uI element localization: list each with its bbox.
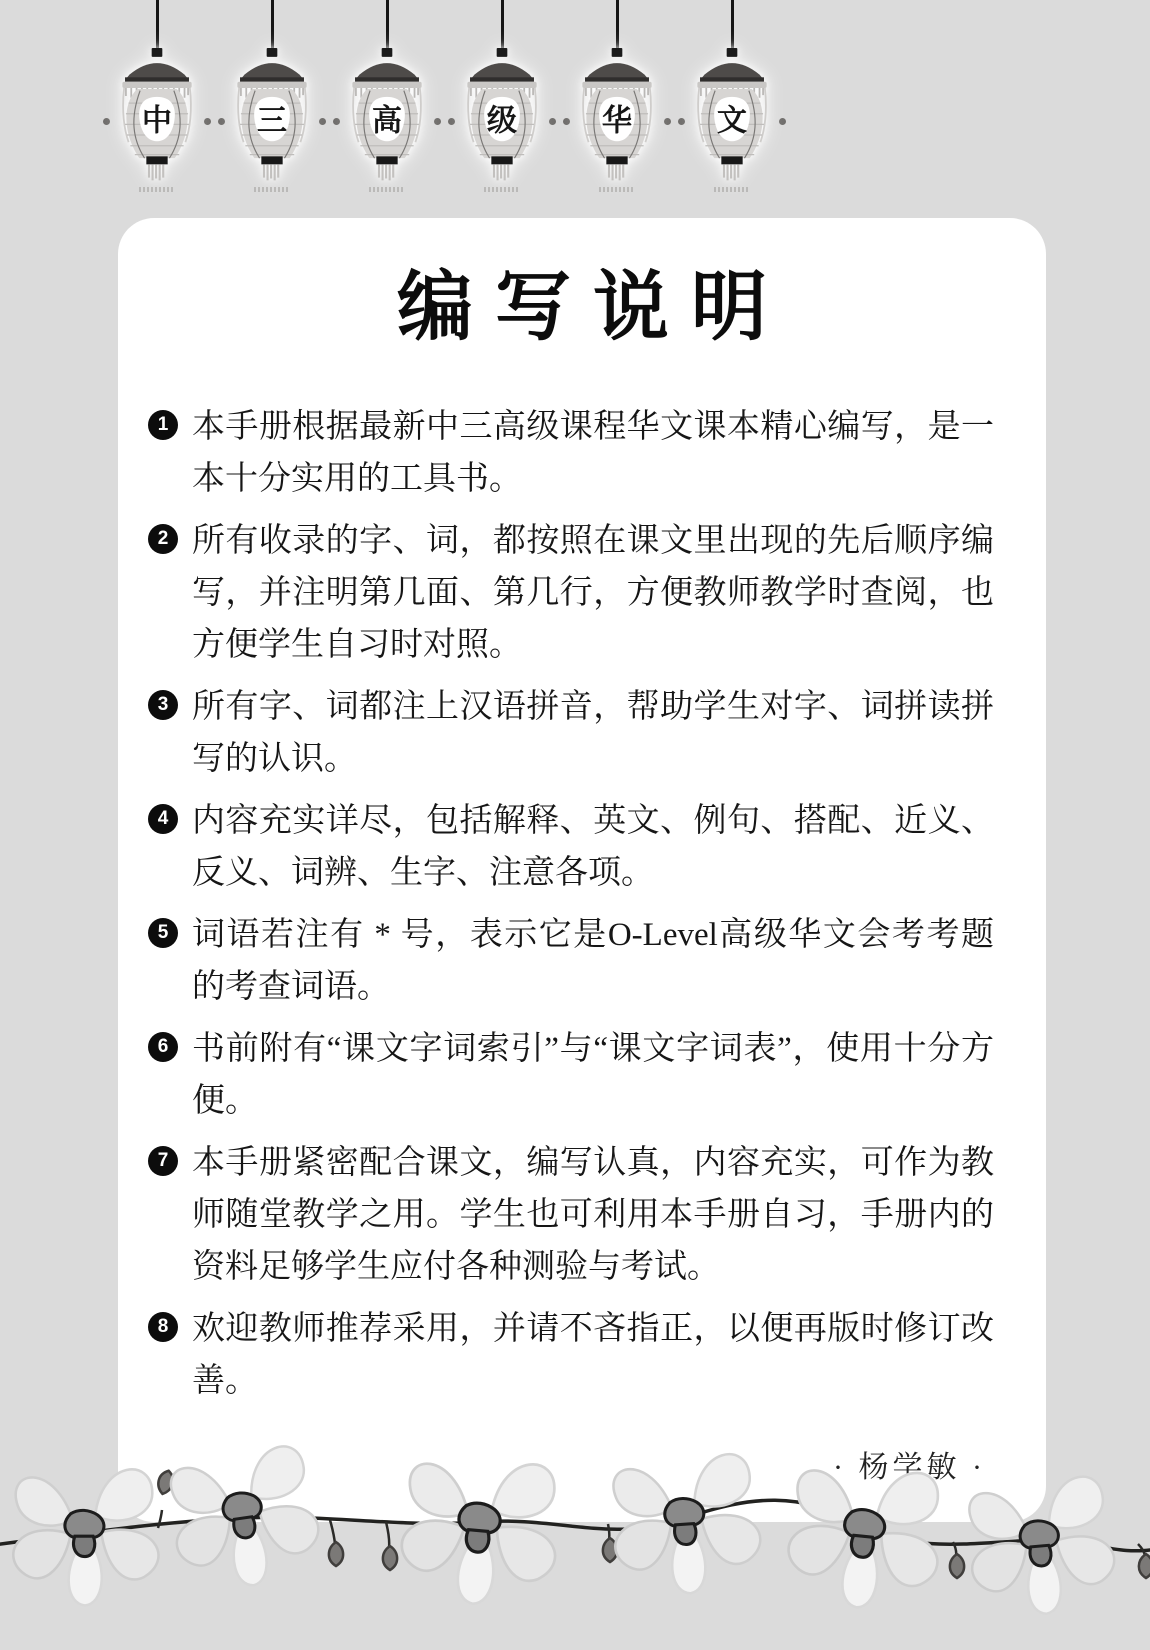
- lantern-character: 中: [142, 104, 172, 138]
- note-text: 书前附有“课文字词索引”与“课文字词表”，使用十分方便。: [192, 1023, 994, 1127]
- book-page: 中 三: [0, 0, 1150, 1650]
- lantern-string: [386, 0, 389, 48]
- lantern-icon: 文: [692, 48, 772, 183]
- note-number-badge: 6: [148, 1032, 178, 1062]
- lantern-caption-marks: [369, 187, 405, 192]
- lantern-character: 华: [602, 104, 632, 138]
- note-item: 7 本手册紧密配合课文，编写认真，内容充实，可作为教师随堂教学之用。学生也可利用…: [148, 1137, 994, 1293]
- lantern: 中: [117, 0, 197, 192]
- note-number-badge: 5: [148, 918, 178, 948]
- lantern-icon: 中: [117, 48, 197, 183]
- note-text: 词语若注有 * 号，表示它是O-Level高级华文会考考题的考查词语。: [192, 909, 994, 1013]
- lantern-caption-marks: [484, 187, 520, 192]
- lantern-character: 三: [257, 105, 287, 138]
- lantern-icon: 高: [347, 48, 427, 183]
- dot-ornament: [103, 118, 110, 125]
- lantern-icon: 三: [232, 48, 312, 183]
- note-number-badge: 8: [148, 1312, 178, 1342]
- dot-ornament: [664, 118, 685, 125]
- lantern-caption-marks: [139, 187, 175, 192]
- lantern: 三: [232, 0, 312, 192]
- note-item: 8 欢迎教师推荐采用，并请不吝指正，以便再版时修订改善。: [148, 1303, 994, 1407]
- lantern-character: 高: [372, 104, 402, 138]
- content-card: 编写说明 1 本手册根据最新中三高级课程华文课本精心编写，是一本十分实用的工具书…: [118, 218, 1046, 1522]
- lantern: 华: [577, 0, 657, 192]
- lantern-icon: 华: [577, 48, 657, 183]
- dot-ornament: [434, 118, 455, 125]
- note-item: 2 所有收录的字、词，都按照在课文里出现的先后顺序编写，并注明第几面、第几行，方…: [148, 515, 994, 671]
- lantern-string: [731, 0, 734, 48]
- lantern-character: 文: [717, 104, 747, 138]
- lantern-string: [271, 0, 274, 48]
- dot-ornament: [204, 118, 225, 125]
- lantern-string: [156, 0, 159, 48]
- note-item: 5 词语若注有 * 号，表示它是O-Level高级华文会考考题的考查词语。: [148, 909, 994, 1013]
- notes-list: 1 本手册根据最新中三高级课程华文课本精心编写，是一本十分实用的工具书。 2 所…: [118, 401, 1046, 1407]
- note-number-badge: 2: [148, 524, 178, 554]
- lantern: 文: [692, 0, 772, 192]
- lantern-icon: 级: [462, 48, 542, 183]
- lantern-string: [616, 0, 619, 48]
- note-number-badge: 4: [148, 804, 178, 834]
- dot-ornament: [319, 118, 340, 125]
- note-number-badge: 1: [148, 410, 178, 440]
- note-item: 6 书前附有“课文字词索引”与“课文字词表”，使用十分方便。: [148, 1023, 994, 1127]
- lantern-banner: 中 三: [98, 0, 791, 192]
- orchid-garland: [0, 1420, 1150, 1635]
- note-number-badge: 3: [148, 690, 178, 720]
- note-text: 欢迎教师推荐采用，并请不吝指正，以便再版时修订改善。: [192, 1303, 994, 1407]
- lantern: 级: [462, 0, 542, 192]
- note-number-badge: 7: [148, 1146, 178, 1176]
- lantern-character: 级: [487, 104, 517, 138]
- note-item: 3 所有字、词都注上汉语拼音，帮助学生对字、词拼读拼写的认识。: [148, 681, 994, 785]
- note-text: 所有字、词都注上汉语拼音，帮助学生对字、词拼读拼写的认识。: [192, 681, 994, 785]
- lantern-caption-marks: [714, 187, 750, 192]
- lantern-caption-marks: [254, 187, 290, 192]
- note-text: 内容充实详尽，包括解释、英文、例句、搭配、近义、反义、词辨、生字、注意各项。: [192, 795, 994, 899]
- lantern-string: [501, 0, 504, 48]
- note-text: 所有收录的字、词，都按照在课文里出现的先后顺序编写，并注明第几面、第几行，方便教…: [192, 515, 994, 671]
- dot-ornament: [549, 118, 570, 125]
- lantern-caption-marks: [599, 187, 635, 192]
- dot-ornament: [779, 118, 786, 125]
- note-text: 本手册紧密配合课文，编写认真，内容充实，可作为教师随堂教学之用。学生也可利用本手…: [192, 1137, 994, 1293]
- note-item: 4 内容充实详尽，包括解释、英文、例句、搭配、近义、反义、词辨、生字、注意各项。: [148, 795, 994, 899]
- lantern: 高: [347, 0, 427, 192]
- note-text: 本手册根据最新中三高级课程华文课本精心编写，是一本十分实用的工具书。: [192, 401, 994, 505]
- page-title: 编写说明: [118, 260, 1046, 355]
- note-item: 1 本手册根据最新中三高级课程华文课本精心编写，是一本十分实用的工具书。: [148, 401, 994, 505]
